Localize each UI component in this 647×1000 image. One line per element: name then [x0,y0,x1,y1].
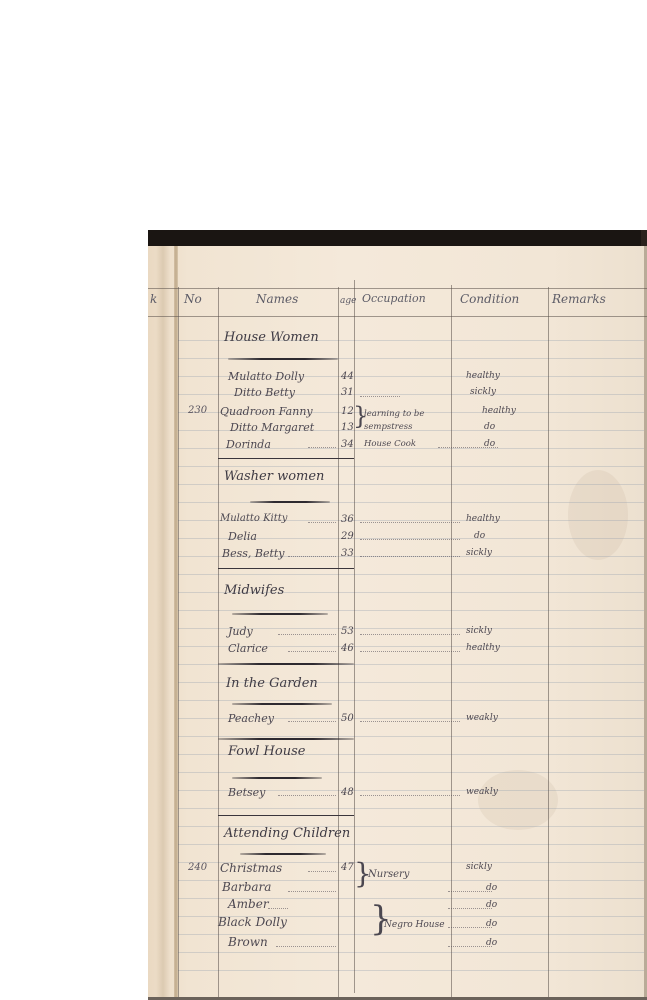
ruled-line [178,502,644,503]
section-title: In the Garden [226,677,318,690]
entry-name: Quadroon Fanny [220,406,313,417]
entry-age: 44 [341,372,354,382]
entry-condition: weakly [466,788,498,797]
section-title: Fowl House [228,745,305,758]
entry-age: 33 [341,549,354,559]
column-divider [178,287,179,1000]
entry-occupation: sempstress [364,423,413,432]
dotted-leader [276,946,336,948]
section-underline [232,703,332,705]
entry-condition: do [486,884,497,893]
section-underline [250,501,330,503]
dotted-leader [360,795,460,797]
entry-age: 53 [341,627,354,637]
entry-age: 13 [341,423,354,433]
entry-name: Amber [228,898,269,910]
dotted-leader [308,871,336,873]
entry-name: Peachey [228,713,274,724]
header-top-rule [148,288,647,289]
entry-condition: do [484,423,495,432]
section-underline [240,853,326,855]
binding-fold [156,246,170,1000]
page-top-edge [148,230,647,246]
dotted-leader [308,447,336,449]
entry-condition: healthy [482,407,516,416]
names-column-header: Names [256,292,298,306]
entry-condition: do [486,939,497,948]
entry-name: Mulatto Dolly [228,371,304,382]
entry-name: Barbara [222,881,271,893]
entry-age: 46 [341,644,354,654]
margin-header-fragment: k [150,292,157,306]
entry-age: 47 [341,863,354,873]
section-title: Washer women [224,470,324,483]
occupation-column-header: Occupation [362,292,426,305]
section-underline [228,358,338,360]
column-divider [338,287,339,1000]
dotted-leader [360,651,460,653]
section-title: Midwifes [224,584,284,597]
ruled-line [178,610,644,611]
dotted-leader [360,522,460,524]
entry-condition: sickly [466,627,492,636]
dotted-leader [288,651,336,653]
section-box-rule [218,663,354,665]
entry-name: Betsey [228,787,265,798]
entry-name: Clarice [228,643,268,654]
header-bottom-rule [148,316,647,317]
section-underline [232,613,328,615]
entry-condition: do [484,440,495,449]
entry-condition: do [486,920,497,929]
entry-name: Mulatto Kitty [220,514,287,524]
dotted-leader [360,556,460,558]
dotted-leader [268,908,288,910]
remarks-column-header: Remarks [552,292,606,306]
ruled-line [178,736,644,737]
entry-condition: do [474,532,485,541]
section-title: House Women [224,331,319,344]
entry-name: Ditto Betty [234,387,295,398]
entry-name: Black Dolly [218,916,287,928]
entry-condition: sickly [466,863,492,872]
column-divider [548,287,549,1000]
entry-age: 31 [341,388,354,398]
ruled-line [178,466,644,467]
entry-age: 48 [341,788,354,798]
ruled-line [178,970,644,971]
section-box-rule [218,738,354,740]
section-box-rule [218,458,354,459]
ruled-line [178,574,644,575]
ledger-page: k No Names age Occupation Condition Rema… [148,230,647,1000]
entry-number: 230 [188,406,207,416]
dotted-leader [288,556,336,558]
entry-condition: healthy [466,372,500,381]
section-box-rule [218,568,354,569]
entry-condition: healthy [466,515,500,524]
entry-name: Christmas [220,862,282,874]
ruled-line [178,808,644,809]
entry-age: 36 [341,515,354,525]
dotted-leader [288,721,336,723]
ruled-line [178,844,644,845]
entry-condition: do [486,901,497,910]
entry-age: 29 [341,532,354,542]
entry-occupation: learning to be [364,410,424,419]
section-title: Attending Children [224,827,350,840]
dotted-leader [360,539,460,541]
entry-name: Bess, Betty [222,548,285,559]
ruled-line [178,772,644,773]
entry-condition: healthy [466,644,500,653]
ruled-line [178,484,644,485]
entry-age: 50 [341,714,354,724]
age-column-header: age [340,296,356,306]
condition-column-header: Condition [460,292,519,306]
dotted-leader [360,721,460,723]
brace-glyph: } [370,902,392,936]
entry-name: Ditto Margaret [230,422,314,433]
entry-condition: sickly [466,549,492,558]
section-box-rule [218,815,354,816]
section-underline [232,777,322,779]
ruled-line [178,700,644,701]
entry-number: 240 [188,863,207,873]
dotted-leader [308,522,336,524]
column-divider [218,287,219,1000]
entry-age: 12 [341,407,354,417]
paper-stain [478,770,558,830]
entry-occupation: Negro House [384,921,445,930]
dotted-leader [288,891,336,893]
entry-condition: weakly [466,714,498,723]
dotted-leader [278,634,336,636]
entry-condition: sickly [470,388,496,397]
entry-name: Brown [228,936,268,948]
dotted-leader [360,396,400,398]
entry-name: Delia [228,531,257,542]
entry-age: 34 [341,440,354,450]
dotted-leader [278,795,336,797]
entry-name: Dorinda [226,439,271,450]
entry-occupation: Nursery [368,870,409,880]
entry-occupation: House Cook [364,440,416,449]
ruled-line [178,952,644,953]
dotted-leader [360,634,460,636]
number-column-header: No [184,292,202,306]
entry-name: Judy [228,626,253,637]
